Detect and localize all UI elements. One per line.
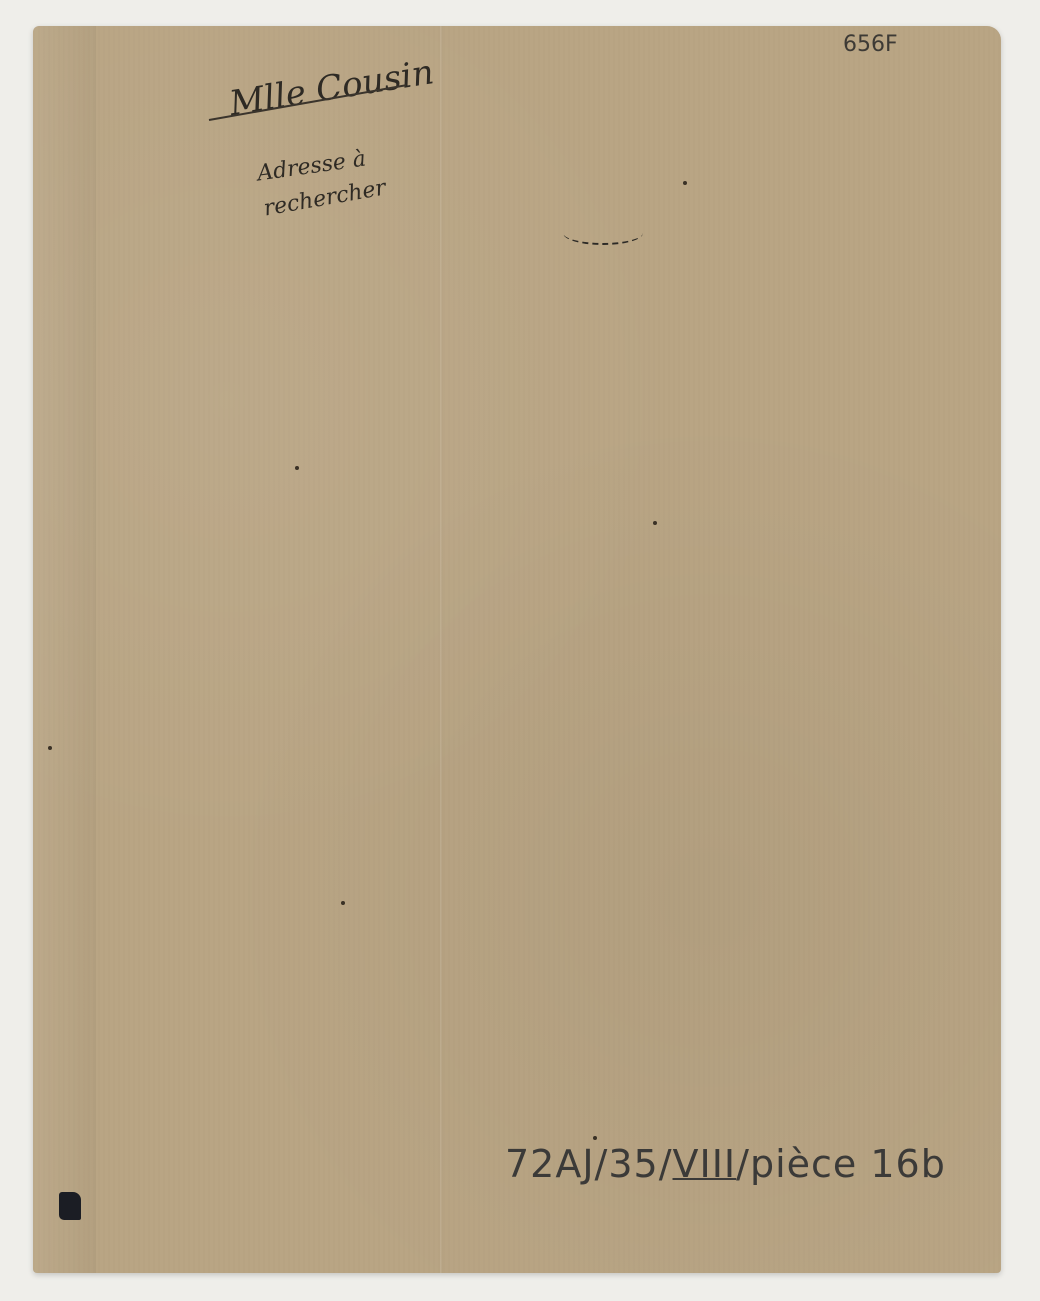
pencil-mark — [563, 221, 643, 245]
fold-line — [440, 26, 443, 1273]
reference-part1: 72AJ/35/ — [505, 1142, 673, 1186]
folder-code: 656F — [843, 32, 898, 57]
folder-cover: Mlle Cousin Adresse à rechercher 656F 72… — [33, 26, 1001, 1273]
speck — [683, 181, 687, 185]
speck — [48, 746, 52, 750]
archive-reference: 72AJ/35/VIII/pièce 16b — [505, 1142, 946, 1186]
speck — [295, 466, 299, 470]
reference-part2: /pièce 16b — [736, 1142, 946, 1186]
folder-spine — [33, 26, 96, 1273]
speck — [653, 521, 657, 525]
speck — [341, 901, 345, 905]
handwritten-name: Mlle Cousin — [227, 52, 437, 124]
speck — [593, 1136, 597, 1140]
torn-corner-damage — [59, 1192, 81, 1220]
reference-roman: VIII — [673, 1142, 737, 1186]
